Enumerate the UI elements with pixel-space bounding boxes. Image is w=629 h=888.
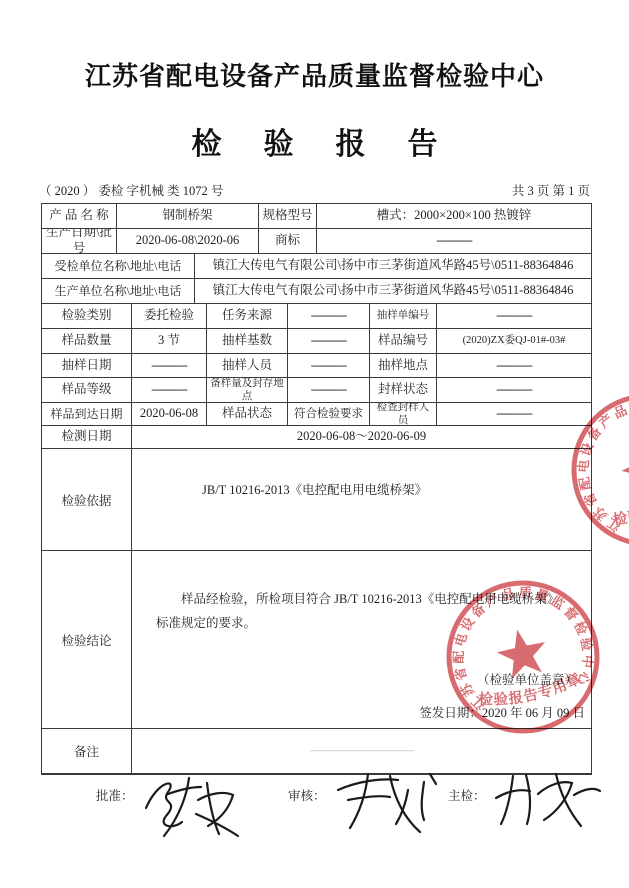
page-number: 共 3 页 第 1 页 bbox=[512, 181, 590, 199]
sampling-sheet-no-dash: ——— bbox=[437, 304, 591, 328]
seal-checker-dash: ——— bbox=[437, 403, 591, 425]
table-row-remark: 备注 ————————— bbox=[42, 729, 591, 773]
trademark-value-dash: ——— bbox=[317, 229, 591, 253]
sampler-dash: ——— bbox=[288, 354, 370, 377]
trademark-label: 商标 bbox=[259, 229, 317, 253]
doc-meta-line: （ 2020 ） 委检 字机械 类 1072 号 共 3 页 第 1 页 bbox=[39, 181, 590, 199]
table-row-quantity: 样品数量 3 节 抽样基数 ——— 样品编号 (2020)ZX委QJ-01#-0… bbox=[42, 329, 591, 354]
remark-label: 备注 bbox=[42, 729, 132, 773]
basis-label: 检验依据 bbox=[42, 449, 132, 550]
grade-label: 样品等级 bbox=[42, 378, 132, 402]
backup-sample-dash: ——— bbox=[288, 378, 370, 402]
table-row-category: 检验类别 委托检验 任务来源 ——— 抽样单编号 ——— bbox=[42, 304, 591, 329]
table-row-basis: 检验依据 JB/T 10216-2013《电控配电用电缆桥架》 bbox=[42, 449, 591, 551]
approver-signature bbox=[134, 768, 254, 846]
quantity-label: 样品数量 bbox=[42, 329, 132, 353]
sampling-sheet-no-label: 抽样单编号 bbox=[370, 304, 437, 328]
table-row-production-date: 生产日期\批号 2020-06-08\2020-06 商标 ——— bbox=[42, 229, 591, 254]
category-value: 委托检验 bbox=[132, 304, 207, 328]
production-date-value: 2020-06-08\2020-06 bbox=[117, 229, 259, 253]
grade-dash: ——— bbox=[132, 378, 207, 402]
sampling-place-dash: ——— bbox=[437, 354, 591, 377]
sample-state-label: 样品状态 bbox=[207, 403, 288, 425]
sampling-base-label: 抽样基数 bbox=[207, 329, 288, 353]
category-label: 检验类别 bbox=[42, 304, 132, 328]
seal-checker-label: 检查封样人员 bbox=[370, 403, 437, 425]
table-row-arrival: 样品到达日期 2020-06-08 样品状态 符合检验要求 检查封样人员 ——— bbox=[42, 403, 591, 426]
table-row-inspected-unit: 受检单位名称\地址\电话 镇江大传电气有限公司\扬中市三茅街道风华路45号\05… bbox=[42, 254, 591, 279]
seal-bottom-text: 检验报告专用章 bbox=[607, 469, 629, 536]
remark-dash: ————————— bbox=[132, 729, 591, 773]
backup-sample-label: 备样量及封存地点 bbox=[207, 378, 288, 402]
producer-unit-label: 生产单位名称\地址\电话 bbox=[42, 279, 195, 303]
production-date-label: 生产日期\批号 bbox=[42, 229, 117, 253]
table-row-producer-unit: 生产单位名称\地址\电话 镇江大传电气有限公司\扬中市三茅街道风华路45号\05… bbox=[42, 279, 591, 304]
svg-text:检验报告专用章: 检验报告专用章 bbox=[607, 469, 629, 536]
arrival-date-value: 2020-06-08 bbox=[132, 403, 207, 425]
seal-note: （检验单位盖章） bbox=[477, 673, 577, 689]
approval-signature-group: 批准： bbox=[96, 768, 254, 846]
basis-value: JB/T 10216-2013《电控配电用电缆桥架》 bbox=[202, 483, 427, 499]
table-row-product: 产 品 名 称 钢制桥架 规格型号 槽式：2000×200×100 热镀锌 bbox=[42, 204, 591, 229]
report-title: 检验报告 bbox=[0, 119, 629, 163]
org-title: 江苏省配电设备产品质量监督检验中心 bbox=[0, 0, 629, 93]
star-icon bbox=[614, 434, 629, 497]
reviewer-signature bbox=[326, 768, 446, 840]
chief-signature bbox=[486, 768, 604, 832]
table-row-grade: 样品等级 ——— 备样量及封存地点 ——— 封样状态 ——— bbox=[42, 378, 591, 403]
product-name-value: 钢制桥架 bbox=[117, 204, 259, 228]
doc-number: （ 2020 ） 委检 字机械 类 1072 号 bbox=[39, 181, 223, 199]
review-label: 审核： bbox=[288, 768, 326, 804]
conclusion-label: 检验结论 bbox=[42, 551, 132, 728]
spec-model-value: 槽式：2000×200×100 热镀锌 bbox=[317, 204, 591, 228]
table-row-conclusion: 检验结论 样品经检验，所检项目符合 JB/T 10216-2013《电控配电用电… bbox=[42, 551, 591, 729]
chief-signature-group: 主检： bbox=[448, 768, 604, 832]
table-row-test-date: 检测日期 2020-06-08～2020-06-09 bbox=[42, 426, 591, 449]
report-page: 江苏省配电设备产品质量监督检验中心 检验报告 （ 2020 ） 委检 字机械 类… bbox=[0, 0, 629, 888]
report-table: 产 品 名 称 钢制桥架 规格型号 槽式：2000×200×100 热镀锌 生产… bbox=[41, 203, 592, 775]
producer-unit-value: 镇江大传电气有限公司\扬中市三茅街道风华路45号\0511-88364846 bbox=[195, 279, 591, 303]
product-name-label: 产 品 名 称 bbox=[42, 204, 117, 228]
sampling-date-label: 抽样日期 bbox=[42, 354, 132, 377]
sample-no-value: (2020)ZX委QJ-01#-03# bbox=[437, 329, 591, 353]
signature-area: 批准： 审核： bbox=[0, 768, 629, 868]
spec-model-label: 规格型号 bbox=[259, 204, 317, 228]
sampling-date-dash: ——— bbox=[132, 354, 207, 377]
arrival-date-label: 样品到达日期 bbox=[42, 403, 132, 425]
chief-label: 主检： bbox=[448, 768, 486, 804]
approval-label: 批准： bbox=[96, 768, 134, 804]
conclusion-text: 样品经检验，所检项目符合 JB/T 10216-2013《电控配电用电缆桥架》标… bbox=[134, 552, 589, 636]
sampling-base-dash: ——— bbox=[288, 329, 370, 353]
review-signature-group: 审核： bbox=[288, 768, 446, 840]
quantity-value: 3 节 bbox=[132, 329, 207, 353]
sample-no-label: 样品编号 bbox=[370, 329, 437, 353]
task-source-label: 任务来源 bbox=[207, 304, 288, 328]
conclusion-cell: 样品经检验，所检项目符合 JB/T 10216-2013《电控配电用电缆桥架》标… bbox=[132, 551, 591, 728]
test-date-label: 检测日期 bbox=[42, 426, 132, 448]
table-row-sampling-date: 抽样日期 ——— 抽样人员 ——— 抽样地点 ——— bbox=[42, 354, 591, 378]
seal-state-label: 封样状态 bbox=[370, 378, 437, 402]
seal-state-dash: ——— bbox=[437, 378, 591, 402]
test-date-value: 2020-06-08～2020-06-09 bbox=[132, 426, 591, 448]
sample-state-value: 符合检验要求 bbox=[288, 403, 370, 425]
issue-date: 签发日期：2020 年 06 月 09 日 bbox=[419, 706, 585, 722]
sampler-label: 抽样人员 bbox=[207, 354, 288, 377]
inspected-unit-label: 受检单位名称\地址\电话 bbox=[42, 254, 195, 278]
inspected-unit-value: 镇江大传电气有限公司\扬中市三茅街道风华路45号\0511-88364846 bbox=[195, 254, 591, 278]
basis-cell: JB/T 10216-2013《电控配电用电缆桥架》 bbox=[132, 449, 591, 550]
sampling-place-label: 抽样地点 bbox=[370, 354, 437, 377]
task-source-dash: ——— bbox=[288, 304, 370, 328]
